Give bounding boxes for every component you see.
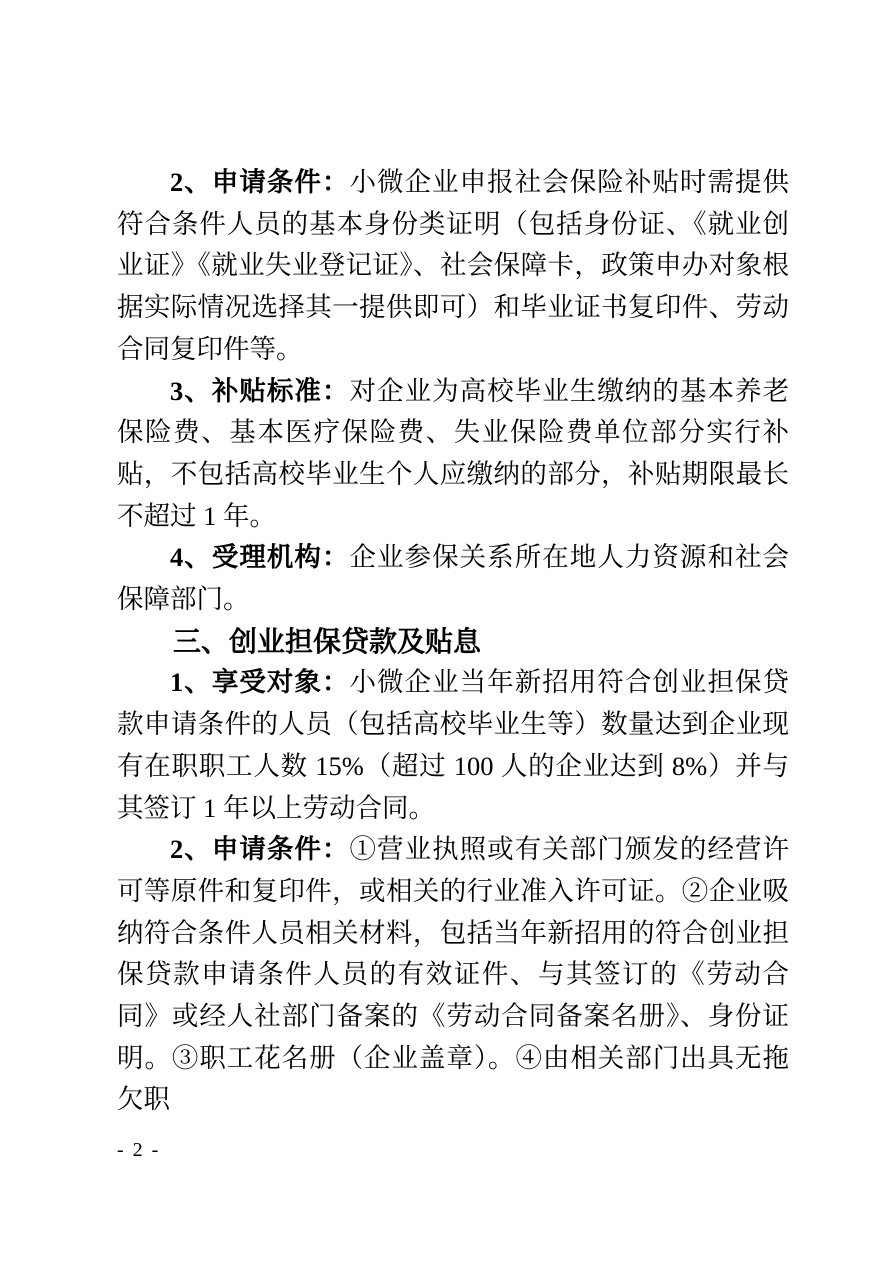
paragraph-subsidy-standard: 3、补贴标准：对企业为高校毕业生缴纳的基本养老保险费、基本医疗保险费、失业保险费… <box>117 371 789 538</box>
paragraph-apply-conditions-social-insurance: 2、申请条件：小微企业申报社会保险补贴时需提供符合条件人员的基本身份类证明（包括… <box>117 162 789 371</box>
paragraph-eligible-targets: 1、享受对象：小微企业当年新招用符合创业担保贷款申请条件的人员（包括高校毕业生等… <box>117 662 789 829</box>
paragraph-label: 1、享受对象： <box>170 667 350 697</box>
paragraph-apply-conditions-loan: 2、申请条件：①营业执照或有关部门颁发的经营许可等原件和复印件，或相关的行业准入… <box>117 829 789 1121</box>
paragraph-accepting-agency: 4、受理机构：企业参保关系所在地人力资源和社会保障部门。 <box>117 537 789 620</box>
paragraph-label: 4、受理机构： <box>170 542 350 572</box>
paragraph-label: 2、申请条件： <box>170 834 350 864</box>
paragraph-label: 2、申请条件： <box>170 167 350 197</box>
document-page: 2、申请条件：小微企业申报社会保险补贴时需提供符合条件人员的基本身份类证明（包括… <box>0 0 892 1262</box>
paragraph-text: ①营业执照或有关部门颁发的经营许可等原件和复印件，或相关的行业准入许可证。②企业… <box>117 834 789 1114</box>
section-heading-startup-guarantee-loan: 三、创业担保贷款及贴息 <box>117 621 789 663</box>
paragraph-label: 3、补贴标准： <box>170 376 350 406</box>
page-number: - 2 - <box>117 1139 160 1162</box>
document-body: 2、申请条件：小微企业申报社会保险补贴时需提供符合条件人员的基本身份类证明（包括… <box>117 162 789 1121</box>
